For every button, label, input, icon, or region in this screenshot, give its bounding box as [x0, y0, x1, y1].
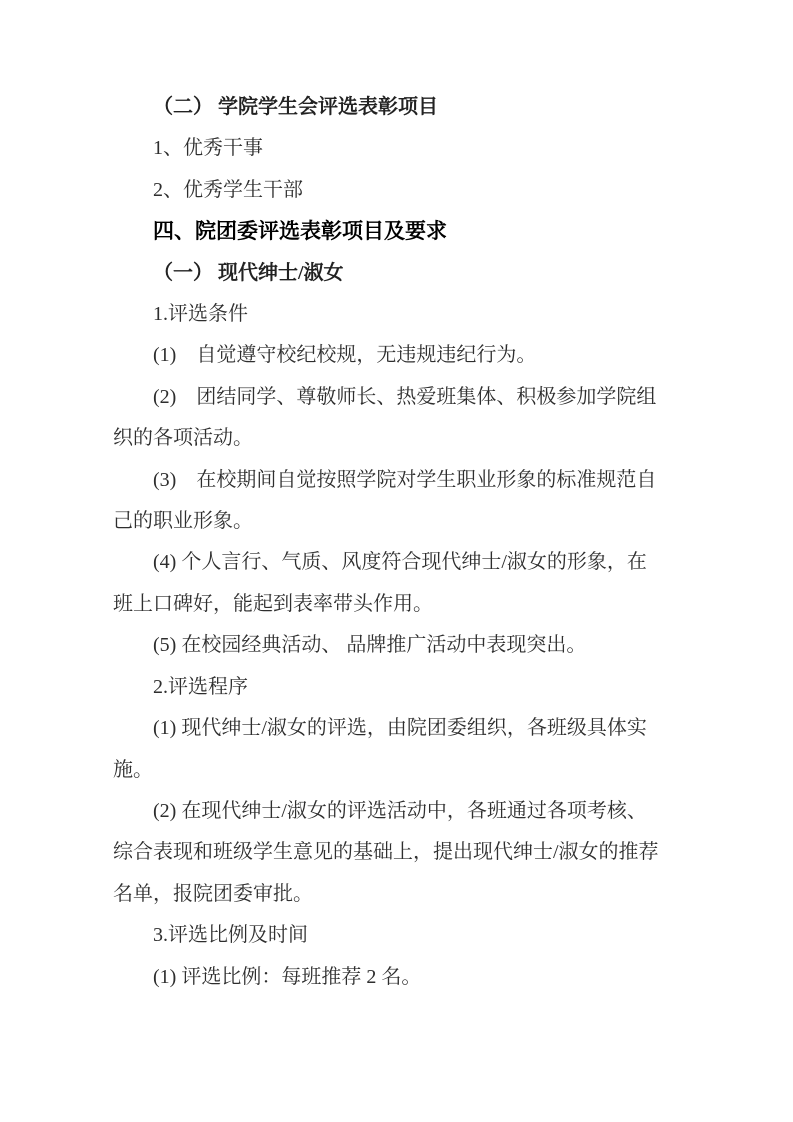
text-line: (5) 在校园经典活动、 品牌推广活动中表现突出。 — [153, 625, 693, 666]
paragraph: 2.评选程序 — [113, 667, 693, 708]
text-line: 2.评选程序 — [153, 667, 693, 708]
text-line: (4) 个人言行、气质、风度符合现代绅士/淑女的形象，在 — [153, 542, 693, 583]
text-line: （二） 学院学生会评选表彰项目 — [153, 87, 693, 128]
paragraph: 3.评选比例及时间 — [113, 915, 693, 956]
paragraph: (1) 自觉遵守校纪校规，无违规违纪行为。 — [113, 335, 693, 376]
text-line: 己的职业形象。 — [113, 501, 693, 542]
text-line: (2) 在现代绅士/淑女的评选活动中，各班通过各项考核、 — [153, 791, 693, 832]
text-line: 2、优秀学生干部 — [153, 170, 693, 211]
text-line: (1) 自觉遵守校纪校规，无违规违纪行为。 — [153, 335, 693, 376]
paragraph: （一） 现代绅士/淑女 — [113, 253, 693, 294]
paragraph: （二） 学院学生会评选表彰项目 — [113, 87, 693, 128]
text-line: 1.评选条件 — [153, 294, 693, 335]
paragraph: (1) 评选比例：每班推荐 2 名。 — [113, 957, 693, 998]
text-line: 四、院团委评选表彰项目及要求 — [153, 211, 693, 252]
paragraph: (1) 现代绅士/淑女的评选，由院团委组织，各班级具体实施。 — [113, 708, 693, 791]
paragraph: 1、优秀干事 — [113, 128, 693, 169]
paragraph: 2、优秀学生干部 — [113, 170, 693, 211]
text-line: (3) 在校期间自觉按照学院对学生职业形象的标准规范自 — [153, 460, 693, 501]
text-line: 班上口碑好，能起到表率带头作用。 — [113, 584, 693, 625]
text-line: 3.评选比例及时间 — [153, 915, 693, 956]
document-content: （二） 学院学生会评选表彰项目1、优秀干事2、优秀学生干部四、院团委评选表彰项目… — [0, 0, 793, 1122]
text-line: (1) 现代绅士/淑女的评选，由院团委组织，各班级具体实 — [153, 708, 693, 749]
text-line: 1、优秀干事 — [153, 128, 693, 169]
text-line: 名单，报院团委审批。 — [113, 874, 693, 915]
text-line: (1) 评选比例：每班推荐 2 名。 — [153, 957, 693, 998]
text-line: （一） 现代绅士/淑女 — [153, 253, 693, 294]
paragraph: (2) 在现代绅士/淑女的评选活动中，各班通过各项考核、综合表现和班级学生意见的… — [113, 791, 693, 915]
document-page: （二） 学院学生会评选表彰项目1、优秀干事2、优秀学生干部四、院团委评选表彰项目… — [0, 0, 793, 1122]
paragraph: (2) 团结同学、尊敬师长、热爱班集体、积极参加学院组织的各项活动。 — [113, 377, 693, 460]
text-line: 施。 — [113, 750, 693, 791]
paragraph: 1.评选条件 — [113, 294, 693, 335]
text-line: (2) 团结同学、尊敬师长、热爱班集体、积极参加学院组 — [153, 377, 693, 418]
text-line: 织的各项活动。 — [113, 418, 693, 459]
section-heading: 四、院团委评选表彰项目及要求 — [113, 211, 693, 252]
paragraph: (5) 在校园经典活动、 品牌推广活动中表现突出。 — [113, 625, 693, 666]
text-line: 综合表现和班级学生意见的基础上，提出现代绅士/淑女的推荐 — [113, 832, 693, 873]
paragraph: (4) 个人言行、气质、风度符合现代绅士/淑女的形象，在班上口碑好，能起到表率带… — [113, 542, 693, 625]
paragraph: (3) 在校期间自觉按照学院对学生职业形象的标准规范自己的职业形象。 — [113, 460, 693, 543]
